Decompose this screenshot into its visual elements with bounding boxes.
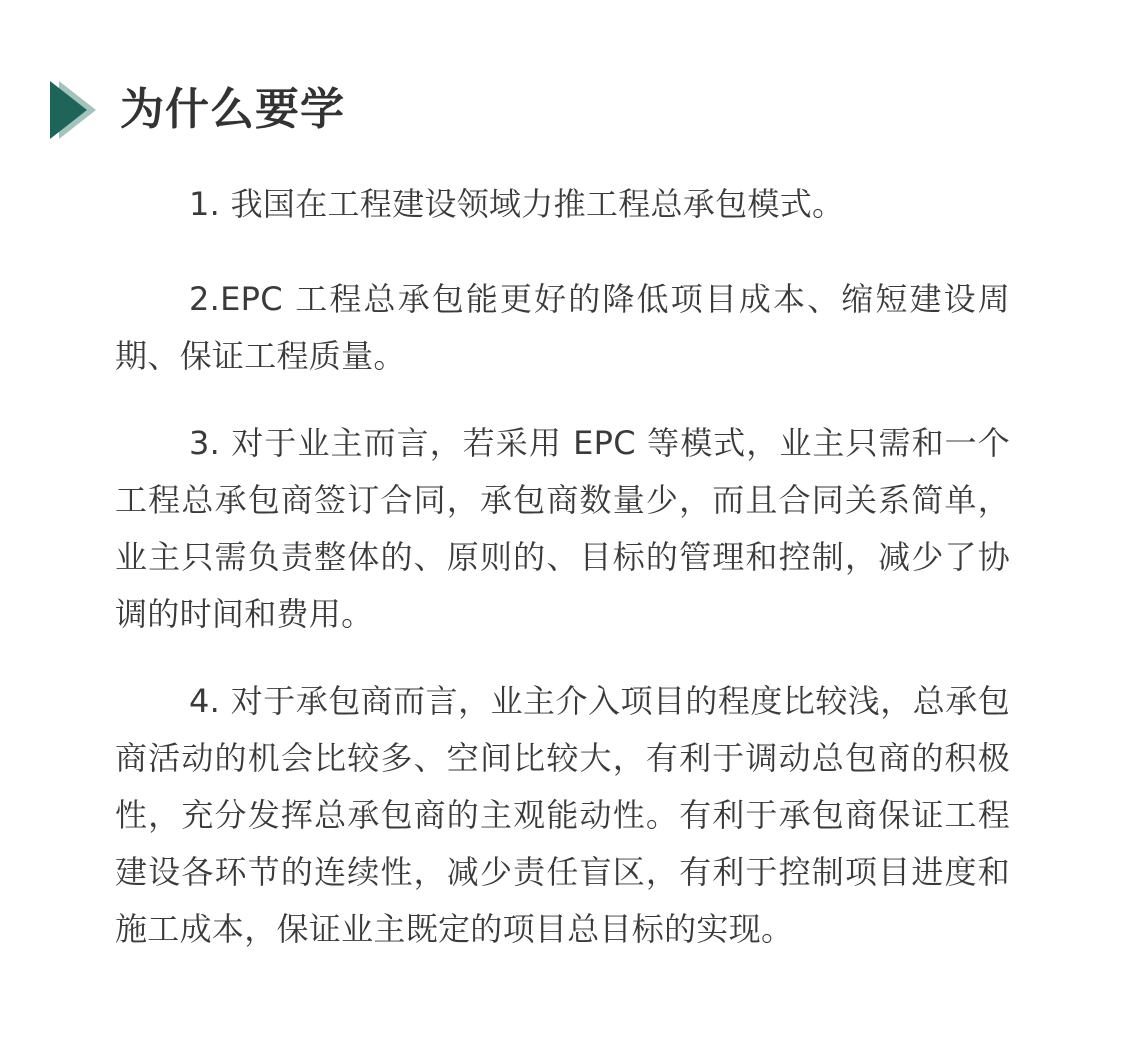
section-title: 为什么要学 xyxy=(120,80,345,140)
play-arrow-icon xyxy=(48,81,100,139)
paragraph-1: 1. 我国在工程建设领域力推工程总承包模式。 xyxy=(115,176,1010,233)
paragraph-3: 3. 对于业主而言，若采用 EPC 等模式，业主只需和一个工程总承包商签订合同，… xyxy=(115,415,1010,643)
section-header: 为什么要学 xyxy=(48,80,345,140)
paragraph-4: 4. 对于承包商而言，业主介入项目的程度比较浅，总承包商活动的机会比较多、空间比… xyxy=(115,673,1010,958)
body-content: 1. 我国在工程建设领域力推工程总承包模式。 2.EPC 工程总承包能更好的降低… xyxy=(115,176,1010,988)
paragraph-2: 2.EPC 工程总承包能更好的降低项目成本、缩短建设周期、保证工程质量。 xyxy=(115,271,1010,385)
